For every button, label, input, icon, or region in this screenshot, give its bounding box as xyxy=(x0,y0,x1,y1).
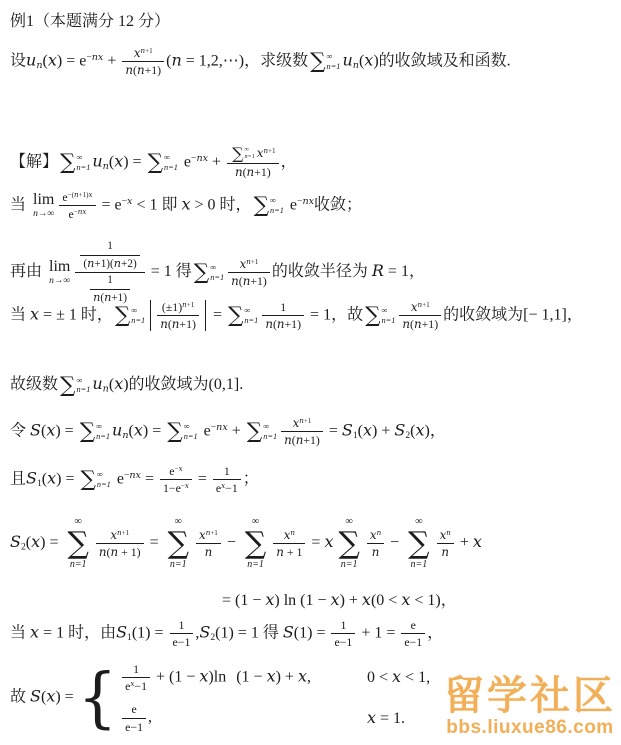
math-text: = xyxy=(307,534,324,551)
sum-lower-limit: n=1 xyxy=(244,316,258,326)
fraction: 1ex−1 xyxy=(213,464,241,495)
math-variable: n xyxy=(110,545,118,559)
watermark-logo-text: 留学社区 xyxy=(444,676,616,716)
math-variable: n xyxy=(284,433,292,447)
math-text: +1)( xyxy=(94,258,113,270)
sum-lower-limit: n=1 xyxy=(170,559,187,571)
math-text: 的收敛域为[− 1,1]， xyxy=(443,306,583,323)
fraction: xnn xyxy=(367,528,384,559)
math-text: + xyxy=(103,52,120,69)
sum-lower-limit: n=1 xyxy=(131,316,145,326)
sum-lower-limit: n=1 xyxy=(327,62,341,72)
fraction: e−x1−e−x xyxy=(160,464,192,495)
math-variable: nx xyxy=(302,196,314,207)
math-variable: u xyxy=(92,374,102,393)
sigma-glyph: ∑ xyxy=(194,262,209,284)
sigma-glyph: ∑ xyxy=(80,421,95,443)
absolute-value-bars: (±1)n+1n(n+1) xyxy=(150,300,206,331)
math-variable: n xyxy=(441,545,449,559)
math-text: (±1) xyxy=(162,300,182,314)
summation-symbol: ∑∞n=1 xyxy=(254,195,284,217)
sum-lower-limit: n=1 xyxy=(270,206,284,216)
fraction: xn+1n(n+1) xyxy=(122,46,164,77)
sum-lower-limit: n=1 xyxy=(76,163,90,173)
sigma-glyph: ∑ xyxy=(254,195,269,217)
fraction-denominator: e−nx xyxy=(59,206,95,221)
fraction-denominator: e−1 xyxy=(170,634,194,649)
math-text: + 1 = xyxy=(357,624,399,641)
sum-limits: ∞n=1 xyxy=(263,422,277,441)
math-text: = xyxy=(146,534,163,551)
summation-symbol: ∑∞n=1 xyxy=(148,152,178,174)
fraction: ee−1 xyxy=(401,618,425,649)
math-variable: S xyxy=(394,420,405,439)
fraction-numerator: 1 xyxy=(90,274,130,290)
math-text: (1) = xyxy=(132,624,168,641)
x-equals-1-case: 当 x = 1 时，由S1(1) = 1e−1,S2(1) = 1 得 S(1)… xyxy=(10,618,443,649)
summation-symbol: ∑∞n=1 xyxy=(310,51,340,73)
superscript: −(n+1)x xyxy=(68,191,93,199)
sum-limits: ∞n=1 xyxy=(270,196,284,215)
superscript: −nx xyxy=(211,422,228,433)
math-text: ； xyxy=(243,470,259,487)
fraction-numerator: e−x xyxy=(160,464,192,480)
math-text: + 1) xyxy=(118,545,140,559)
summation-symbol: ∑∞n=1 xyxy=(194,262,224,284)
fraction-denominator: 1−e−x xyxy=(160,480,192,495)
superscript: n+1 xyxy=(418,301,430,309)
math-text: ) = e xyxy=(57,52,86,69)
math-text: )的收敛域及和函数. xyxy=(373,52,510,69)
fraction-denominator: n(n+1) xyxy=(281,432,323,447)
sum-lower-limit: n=1 xyxy=(263,432,277,442)
superscript: −nx xyxy=(86,52,103,63)
sigma-glyph: ∑ xyxy=(245,528,266,560)
math-variable: x xyxy=(179,464,183,473)
math-text: = xyxy=(209,306,226,323)
sum-lower-limit: n=1 xyxy=(411,559,428,571)
lim-word: lim xyxy=(33,192,54,209)
math-text: 当 xyxy=(10,624,30,641)
math-text: +1 xyxy=(251,258,259,266)
fraction: xnn + 1 xyxy=(273,528,305,559)
math-text: e−1 xyxy=(404,635,422,649)
math-text: = ± 1 时， xyxy=(39,306,113,323)
fraction-denominator: n(n + 1) xyxy=(96,544,144,559)
fraction: xnn xyxy=(437,528,454,559)
fraction-denominator: ex−1 xyxy=(122,678,150,693)
sum-lower-limit: n=1 xyxy=(184,432,198,442)
math-text: 故级数 xyxy=(10,376,58,393)
math-variable: S xyxy=(342,420,353,439)
superscript: −nx xyxy=(74,208,87,216)
fraction-denominator: (n+1)(n+2) xyxy=(80,256,139,272)
superscript: n+1 xyxy=(263,147,275,155)
fraction-numerator: ∑∞n=1xn+1 xyxy=(227,146,279,164)
math-text: +1 xyxy=(422,301,430,309)
fraction-denominator: n xyxy=(437,544,454,559)
math-text: 【解】 xyxy=(10,153,58,170)
sum-upper-limit: ∞ xyxy=(97,470,103,480)
math-variable: n xyxy=(137,63,145,77)
sum-lower-limit: n=1 xyxy=(76,385,90,395)
math-variable: n xyxy=(276,545,284,559)
math-text: 例1（本题满分 12 分） xyxy=(10,13,170,30)
sum-limits: ∞n=1 xyxy=(96,422,110,441)
math-text: + (1 − xyxy=(152,668,199,685)
math-variable: n xyxy=(205,545,213,559)
math-text: < 1 即 xyxy=(132,196,181,213)
sum-upper-limit: ∞ xyxy=(184,422,190,432)
summation-symbol: ∑∞n=1 xyxy=(60,152,90,174)
fraction: 1n(n+1) xyxy=(262,300,304,331)
sum-limits: ∞n=1 xyxy=(327,52,341,71)
summation-symbol: ∞∑n=1 xyxy=(245,516,266,571)
math-variable: x xyxy=(88,190,92,199)
watermark-url: bbs.liuxue86.com xyxy=(444,717,616,739)
math-text: )的收敛域为(0,1]. xyxy=(123,376,243,393)
fraction: xn+1n(n+1) xyxy=(281,416,323,447)
math-variable: nx xyxy=(216,422,228,433)
piecewise-cases: {1ex−1 + (1 − x)ln(1 − x) + x,0 < x < 1,… xyxy=(78,662,430,734)
math-text: +1) xyxy=(254,165,271,179)
fraction: xn+1n(n+1) xyxy=(228,257,270,288)
math-variable: x xyxy=(46,687,55,706)
summation-symbol: ∑∞n=1 xyxy=(247,421,277,443)
problem-statement: 设un(x) = e−nx + xn+1n(n+1)(n = 1,2,⋯)，求级… xyxy=(10,46,511,77)
math-text: = 1， xyxy=(384,263,425,280)
math-variable: x xyxy=(199,528,206,542)
math-variable: x xyxy=(134,46,141,60)
math-text: ) = xyxy=(40,534,62,551)
ratio-test-exp: 当 limn→∞e−(n+1)xe−nx = e−x < 1 即 x > 0 时… xyxy=(10,190,362,221)
summation-symbol: ∑∞n=1 xyxy=(81,469,111,491)
final-answer: 故 S(x) = {1ex−1 + (1 − x)ln(1 − x) + x,0… xyxy=(10,662,430,734)
s1-closed-form: 且S1(x) = ∑∞n=1 e−nx = e−x1−e−x = 1ex−1； xyxy=(10,464,259,495)
math-variable: x xyxy=(267,666,276,685)
math-text: +1) xyxy=(250,274,267,288)
math-text: = xyxy=(325,422,342,439)
math-text: (1) = 1 得 xyxy=(215,624,283,641)
fraction-denominator: e−1 xyxy=(331,634,355,649)
math-variable: n xyxy=(414,317,422,331)
math-text: = 1 得 xyxy=(147,263,192,280)
sum-upper-limit: ∞ xyxy=(96,422,102,432)
math-text: , xyxy=(307,668,311,685)
math-variable: x xyxy=(401,590,410,609)
summation-symbol: ∞∑n=1 xyxy=(67,516,88,571)
fraction-numerator: xn+1 xyxy=(96,528,144,544)
math-text: −1 xyxy=(134,679,147,693)
math-variable: n xyxy=(277,317,285,331)
s2-expansion: S2(x) = ∞∑n=1xn+1n(n + 1) = ∞∑n=1xn+1n −… xyxy=(10,516,482,571)
math-text: ， xyxy=(427,624,443,641)
math-variable: x xyxy=(182,194,191,213)
math-variable: nx xyxy=(196,153,208,164)
fraction-denominator: n(n+1) xyxy=(122,62,164,77)
math-text: ) = xyxy=(123,153,145,170)
math-variable: x xyxy=(392,667,401,686)
math-text: +1) xyxy=(303,433,320,447)
math-variable: u xyxy=(342,50,352,69)
math-text: e xyxy=(286,196,297,213)
fraction: xn+1n xyxy=(196,528,221,559)
math-text: −1 xyxy=(225,481,238,495)
math-text: e xyxy=(131,702,136,716)
math-text: +1) xyxy=(179,317,196,331)
superscript: n xyxy=(290,529,295,537)
math-text: ) = xyxy=(55,689,77,706)
math-variable: u xyxy=(92,151,102,170)
domain-conclusion: 故级数∑∞n=1un(x)的收敛域为(0,1]. xyxy=(10,374,243,396)
math-text: +1) xyxy=(79,191,89,199)
sigma-glyph: ∑ xyxy=(60,152,75,174)
case-expression: ee−1, xyxy=(120,702,152,733)
math-text: +1 xyxy=(210,529,218,537)
math-text: 1−e xyxy=(163,481,181,495)
sigma-glyph: ∑ xyxy=(67,528,88,560)
sum-upper-limit: ∞ xyxy=(263,422,269,432)
summation-symbol: ∞∑n=1 xyxy=(408,516,429,571)
sum-upper-limit: ∞ xyxy=(131,306,137,316)
fraction-denominator: n + 1 xyxy=(273,544,305,559)
superscript: n+1 xyxy=(141,47,153,55)
lim-subscript: n→∞ xyxy=(49,276,70,286)
math-text: ) + xyxy=(340,592,362,609)
math-text: ) = xyxy=(143,422,165,439)
fraction-denominator: n(n+1) xyxy=(227,164,279,179)
math-text: 1 xyxy=(224,464,230,478)
sum-limits: ∞n=1 xyxy=(210,263,224,282)
math-text: e xyxy=(411,618,416,632)
math-text: +2) xyxy=(121,258,137,270)
math-variable: u xyxy=(112,420,122,439)
sum-upper-limit: ∞ xyxy=(76,153,82,163)
superscript: −x xyxy=(122,196,133,207)
sigma-glyph: ∑ xyxy=(247,421,262,443)
math-text: e−1 xyxy=(125,720,143,734)
math-text: +1) xyxy=(422,317,439,331)
math-text: 1 xyxy=(178,618,184,632)
math-text: 1 xyxy=(107,240,113,252)
sum-limits: ∞n=1 xyxy=(164,153,178,172)
math-text: 当 xyxy=(10,306,30,323)
sum-lower-limit: n=1 xyxy=(382,316,396,326)
math-variable: u xyxy=(26,50,36,69)
math-variable: n xyxy=(160,317,168,331)
sigma-glyph: ∑ xyxy=(168,528,189,560)
summation-symbol: ∑∞n=1 xyxy=(167,421,197,443)
math-variable: n xyxy=(446,528,451,537)
sum-upper-limit: ∞ xyxy=(164,153,170,163)
math-text: +1) xyxy=(145,63,162,77)
superscript: −nx xyxy=(297,196,314,207)
sigma-glyph: ∑ xyxy=(115,305,130,327)
sum-limits: ∞n=1 xyxy=(97,470,111,489)
math-variable: x xyxy=(46,420,55,439)
math-text: ) + xyxy=(372,422,394,439)
math-variable: x xyxy=(114,151,123,170)
fraction-numerator: 1 xyxy=(331,618,355,634)
superscript: n+1 xyxy=(117,529,129,537)
math-variable: x xyxy=(370,528,377,542)
math-text: > 0 时， xyxy=(191,196,252,213)
fraction: 1e−1 xyxy=(331,618,355,649)
math-text: e xyxy=(113,470,124,487)
superscript: n+1 xyxy=(182,301,194,309)
summation-symbol: ∑∞n=1 xyxy=(115,305,145,327)
math-text: + xyxy=(228,422,245,439)
lim-subscript: n→∞ xyxy=(33,209,54,219)
math-variable: x xyxy=(48,50,57,69)
superscript: −nx xyxy=(191,153,208,164)
fraction-denominator: n(n+1) xyxy=(262,316,304,331)
math-text: = xyxy=(194,470,211,487)
math-variable: n xyxy=(372,545,380,559)
math-text: + 1 xyxy=(284,545,303,559)
math-text: (1) = xyxy=(294,624,330,641)
math-variable: n xyxy=(235,165,243,179)
math-variable: n xyxy=(231,274,239,288)
math-variable: S xyxy=(30,420,41,439)
fraction-denominator: e−1 xyxy=(401,634,425,649)
math-text: +1 xyxy=(145,47,153,55)
s2-closed-form: = (1 − x) ln (1 − x) + x(0 < x < 1)， xyxy=(222,590,457,611)
math-variable: n xyxy=(402,317,410,331)
fraction-numerator: 1 xyxy=(80,240,139,256)
math-variable: x xyxy=(185,481,189,490)
sum-function-def: 令 S(x) = ∑∞n=1un(x) = ∑∞n=1 e−nx + ∑∞n=1… xyxy=(10,416,446,447)
math-text: = 1,2,⋯)，求级数 xyxy=(182,52,308,69)
case-condition: x = 1. xyxy=(367,708,405,729)
sum-limits: ∞n=1 xyxy=(76,376,90,395)
fraction-denominator: ex−1 xyxy=(213,480,241,495)
sum-lower-limit: n=1 xyxy=(244,154,254,161)
solution-sum-split: 【解】∑∞n=1un(x) = ∑∞n=1 e−nx + ∑∞n=1xn+1n(… xyxy=(10,146,297,179)
fraction-numerator: (±1)n+1 xyxy=(157,300,199,316)
sum-limits: ∞n=1 xyxy=(382,306,396,325)
sum-limits: ∞n=1 xyxy=(131,306,145,325)
math-text: = 1 时，由 xyxy=(39,624,116,641)
sigma-glyph: ∑ xyxy=(81,469,96,491)
sum-upper-limit: ∞ xyxy=(244,306,250,316)
fraction-numerator: 1 xyxy=(170,618,194,634)
fraction: xn+1n(n+1) xyxy=(399,300,441,331)
math-variable: x xyxy=(47,468,56,487)
math-variable: S xyxy=(30,687,41,706)
fraction-numerator: xn xyxy=(437,528,454,544)
superscript: n xyxy=(377,529,382,537)
math-variable: x xyxy=(30,622,39,641)
sum-limits: ∞n=1 xyxy=(244,306,258,325)
math-text: )， xyxy=(424,422,445,439)
fraction: (±1)n+1n(n+1) xyxy=(157,300,199,331)
math-text: 1 xyxy=(133,662,139,676)
cases-brace: { xyxy=(78,672,117,724)
fraction: 1ex−1 xyxy=(122,662,150,693)
math-variable: x xyxy=(30,304,39,323)
math-text: = xyxy=(141,470,158,487)
sum-upper-limit: ∞ xyxy=(210,263,216,273)
fraction: e−(n+1)xe−nx xyxy=(59,190,95,221)
math-text: +1 xyxy=(268,147,276,155)
math-text: < 1)， xyxy=(410,592,456,609)
math-variable: x xyxy=(473,532,482,551)
sum-upper-limit: ∞ xyxy=(327,52,333,62)
math-text: = 1，故 xyxy=(306,306,363,323)
math-variable: S xyxy=(199,622,210,641)
math-variable: n xyxy=(265,317,273,331)
math-variable: x xyxy=(411,300,418,314)
limit-operator: limn→∞ xyxy=(49,259,70,286)
limit-operator: limn→∞ xyxy=(33,192,54,219)
radius-test-power: 再由 limn→∞1(n+1)(n+2)1n(n+1) = 1 得∑∞n=1xn… xyxy=(10,240,425,305)
math-text: = e xyxy=(98,196,122,213)
fraction-numerator: xn xyxy=(273,528,305,544)
math-variable: x xyxy=(298,666,307,685)
superscript: −x xyxy=(181,482,189,490)
superscript: −x xyxy=(175,465,183,473)
sum-limits: ∞n=1 xyxy=(76,153,90,172)
fraction: 1(n+1)(n+2)1n(n+1) xyxy=(75,240,144,305)
math-text: , xyxy=(148,709,152,726)
sum-lower-limit: n=1 xyxy=(97,480,111,490)
sigma-glyph: ∑ xyxy=(167,421,182,443)
math-text: ) ln (1 − xyxy=(274,592,330,609)
fraction-numerator: e xyxy=(401,618,425,634)
math-text: (1 − xyxy=(236,668,266,685)
math-variable: n xyxy=(290,528,295,537)
sigma-glyph: ∑ xyxy=(60,375,75,397)
fraction-denominator: e−1 xyxy=(122,719,146,734)
math-variable: n xyxy=(125,63,133,77)
summation-symbol: ∑∞n=1 xyxy=(60,375,90,397)
math-variable: n xyxy=(171,50,181,69)
sum-lower-limit: n=1 xyxy=(247,559,264,571)
math-variable: x xyxy=(364,50,373,69)
sigma-glyph: ∑ xyxy=(338,528,359,560)
math-text: (0 < xyxy=(371,592,401,609)
math-variable: S xyxy=(116,622,127,641)
math-text: 令 xyxy=(10,422,30,439)
math-text: 1 xyxy=(340,618,346,632)
fraction-numerator: e xyxy=(122,702,146,718)
fraction-numerator: xn+1 xyxy=(196,528,221,544)
sigma-glyph: ∑ xyxy=(408,528,429,560)
fraction-denominator: n(n+1) xyxy=(157,316,199,331)
superscript: n+1 xyxy=(299,417,311,425)
sum-lower-limit: n=1 xyxy=(70,559,87,571)
math-text: )ln xyxy=(208,668,226,685)
sum-lower-limit: n=1 xyxy=(164,163,178,173)
fraction-numerator: xn+1 xyxy=(228,257,270,273)
sum-limits: ∞n=1 xyxy=(184,422,198,441)
math-text: 收敛； xyxy=(314,196,362,213)
math-text: ) + xyxy=(276,668,298,685)
sum-limits: ∞n=1 xyxy=(244,147,254,161)
math-variable: R xyxy=(372,261,384,280)
math-text: 当 xyxy=(10,196,30,213)
math-solution-document: 例1（本题满分 12 分）设un(x) = e−nx + xn+1n(n+1)(… xyxy=(0,0,621,745)
superscript: n xyxy=(446,529,451,537)
sum-upper-limit: ∞ xyxy=(270,196,276,206)
math-text: ) = xyxy=(56,470,78,487)
math-text: 的收敛半径为 xyxy=(272,263,372,280)
fraction-denominator: n xyxy=(196,544,221,559)
fraction: ∑∞n=1xn+1n(n+1) xyxy=(227,146,279,179)
math-text: = (1 − xyxy=(222,592,265,609)
fraction-numerator: xn+1 xyxy=(399,300,441,316)
